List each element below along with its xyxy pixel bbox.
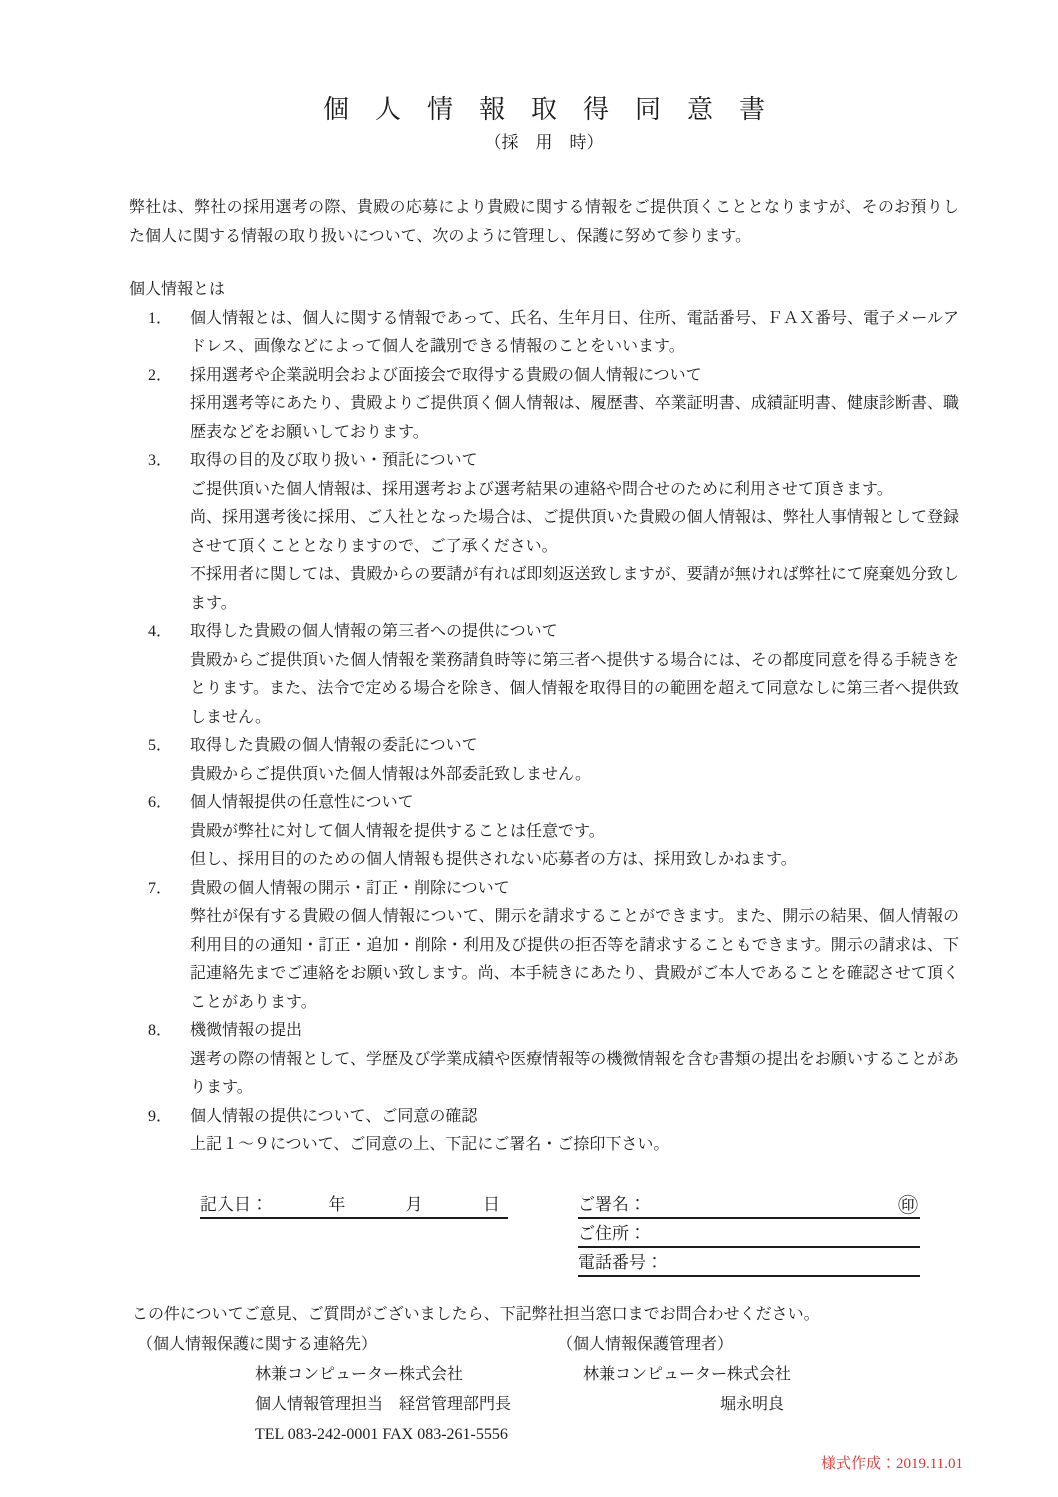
fill-date-label: 記入日： [200, 1190, 268, 1215]
list-heading: 個人情報とは [129, 276, 959, 305]
list-item: 5． 取得した貴殿の個人情報の委託について 貴殿からご提供頂いた個人情報は外部委… [129, 732, 959, 789]
item-paragraph: 不採用者に関しては、貴殿からの要請が有れば即刻返送致しますが、要請が無ければ弊社… [190, 561, 959, 618]
list-item: 7． 貴殿の個人情報の開示・訂正・削除について 弊社が保有する貴殿の個人情報につ… [129, 875, 959, 1018]
footer-company-row: 林兼コンピューター株式会社 林兼コンピューター株式会社 [129, 1360, 959, 1390]
contact-point-heading: （個人情報保護に関する連絡先） [129, 1330, 557, 1360]
item-number: 7． [148, 875, 172, 904]
year-label: 年 [328, 1190, 345, 1215]
item-paragraph: 尚、採用選考後に採用、ご入社となった場合は、ご提供頂いた貴殿の個人情報は、弊社人… [190, 504, 959, 561]
company-name-right: 林兼コンピューター株式会社 [583, 1360, 791, 1390]
item-lead: 取得の目的及び取り扱い・預託について [190, 447, 959, 476]
footer-contact-block: この件についてご意見、ご質問がございましたら、下記弊社担当窓口までお問合わせくだ… [129, 1299, 959, 1450]
item-number: 5． [148, 732, 172, 761]
list-item: 6． 個人情報提供の任意性について 貴殿が弊社に対して個人情報を提供することは任… [129, 789, 959, 875]
day-label: 日 [483, 1190, 500, 1215]
page-subtitle: （採 用 時） [129, 130, 959, 156]
item-lead: 機微情報の提出 [190, 1017, 959, 1046]
protection-manager-heading: （個人情報保護管理者） [557, 1330, 733, 1360]
signature-address-row: ご住所： [578, 1219, 920, 1248]
list-item: 8． 機微情報の提出 選考の際の情報として、学歴及び学業成績や医療情報等の機微情… [129, 1017, 959, 1103]
signature-block: 記入日： 年 月 日 ご署名： ㊞ ご住所： 電話番号： [129, 1190, 959, 1277]
item-paragraph: 貴殿からご提供頂いた個人情報を業務請負時等に第三者へ提供する場合には、その都度同… [190, 647, 959, 733]
page-title: 個 人 情 報 取 得 同 意 書 [129, 92, 959, 128]
consent-document-page: 個 人 情 報 取 得 同 意 書 （採 用 時） 弊社は、弊社の採用選考の際、… [0, 0, 1058, 1497]
item-lead: 個人情報提供の任意性について [190, 789, 959, 818]
fill-date-row: 記入日： 年 月 日 [200, 1190, 508, 1219]
company-name-left: 林兼コンピューター株式会社 [129, 1360, 583, 1390]
item-paragraph: 弊社が保有する貴殿の個人情報について、開示を請求することができます。また、開示の… [190, 903, 959, 1017]
item-number: 9． [148, 1103, 172, 1132]
footer-tel-row: TEL 083-242-0001 FAX 083-261-5556 [129, 1420, 959, 1450]
signature-address-label: ご住所： [578, 1219, 646, 1244]
item-paragraph: 選考の際の情報として、学歴及び学業成績や医療情報等の機微情報を含む書類の提出をお… [190, 1046, 959, 1103]
item-lead: 取得した貴殿の個人情報の委託について [190, 732, 959, 761]
item-lead: 取得した貴殿の個人情報の第三者への提供について [190, 618, 959, 647]
signature-name-row: ご署名： ㊞ [578, 1190, 920, 1219]
list-item: 4． 取得した貴殿の個人情報の第三者への提供について 貴殿からご提供頂いた個人情… [129, 618, 959, 732]
item-number: 6． [148, 789, 172, 818]
item-number: 2． [148, 362, 172, 391]
item-number: 4． [148, 618, 172, 647]
intro-paragraph: 弊社は、弊社の採用選考の際、貴殿の応募により貴殿に関する情報をご提供頂くこととな… [129, 194, 959, 251]
tel-fax-line: TEL 083-242-0001 FAX 083-261-5556 [129, 1420, 508, 1450]
seal-icon: ㊞ [898, 1196, 918, 1216]
month-label: 月 [406, 1190, 423, 1215]
item-number: 1． [148, 305, 172, 334]
signature-phone-label: 電話番号： [578, 1248, 663, 1273]
list-item: 1． 個人情報とは、個人に関する情報であって、氏名、生年月日、住所、電話番号、Ｆ… [129, 305, 959, 362]
manager-name: 堀永明良 [720, 1390, 784, 1420]
item-paragraph: 採用選考等にあたり、貴殿よりご提供頂く個人情報は、履歴書、卒業証明書、成績証明書… [190, 390, 959, 447]
item-paragraph: 貴殿が弊社に対して個人情報を提供することは任意です。 [190, 818, 959, 847]
item-number: 3． [148, 447, 172, 476]
footer-headings-row: （個人情報保護に関する連絡先） （個人情報保護管理者） [129, 1330, 959, 1360]
department-title: 個人情報管理担当 経営管理部門長 [129, 1390, 720, 1420]
list-item: 2． 採用選考や企業説明会および面接会で取得する貴殿の個人情報について 採用選考… [129, 362, 959, 448]
item-paragraph: 上記１～９について、ご同意の上、下記にご署名・ご捺印下さい。 [190, 1131, 959, 1160]
item-paragraph: 但し、採用目的のための個人情報も提供されない応募者の方は、採用致しかねます。 [190, 846, 959, 875]
signature-phone-row: 電話番号： [578, 1248, 920, 1277]
footer-dept-row: 個人情報管理担当 経営管理部門長 堀永明良 [129, 1390, 959, 1420]
form-created-note: 様式作成：2019.11.01 [821, 1452, 963, 1473]
item-number: 8． [148, 1017, 172, 1046]
signature-name-label: ご署名： [578, 1190, 646, 1215]
item-lead: 個人情報の提供について、ご同意の確認 [190, 1103, 959, 1132]
list-item: 9． 個人情報の提供について、ご同意の確認 上記１～９について、ご同意の上、下記… [129, 1103, 959, 1160]
item-lead: 貴殿の個人情報の開示・訂正・削除について [190, 875, 959, 904]
item-paragraph: 貴殿からご提供頂いた個人情報は外部委託致しません。 [190, 761, 959, 790]
item-paragraph: ご提供頂いた個人情報は、採用選考および選考結果の連絡や問合せのために利用させて頂… [190, 476, 959, 505]
item-lead: 個人情報とは、個人に関する情報であって、氏名、生年月日、住所、電話番号、ＦＡＸ番… [190, 305, 959, 362]
list-item: 3． 取得の目的及び取り扱い・預託について ご提供頂いた個人情報は、採用選考およ… [129, 447, 959, 618]
item-lead: 採用選考や企業説明会および面接会で取得する貴殿の個人情報について [190, 362, 959, 391]
signature-fields: ご署名： ㊞ ご住所： 電話番号： [578, 1190, 920, 1277]
footer-note: この件についてご意見、ご質問がございましたら、下記弊社担当窓口までお問合わせくだ… [132, 1299, 959, 1330]
numbered-list: 1． 個人情報とは、個人に関する情報であって、氏名、生年月日、住所、電話番号、Ｆ… [129, 305, 959, 1160]
